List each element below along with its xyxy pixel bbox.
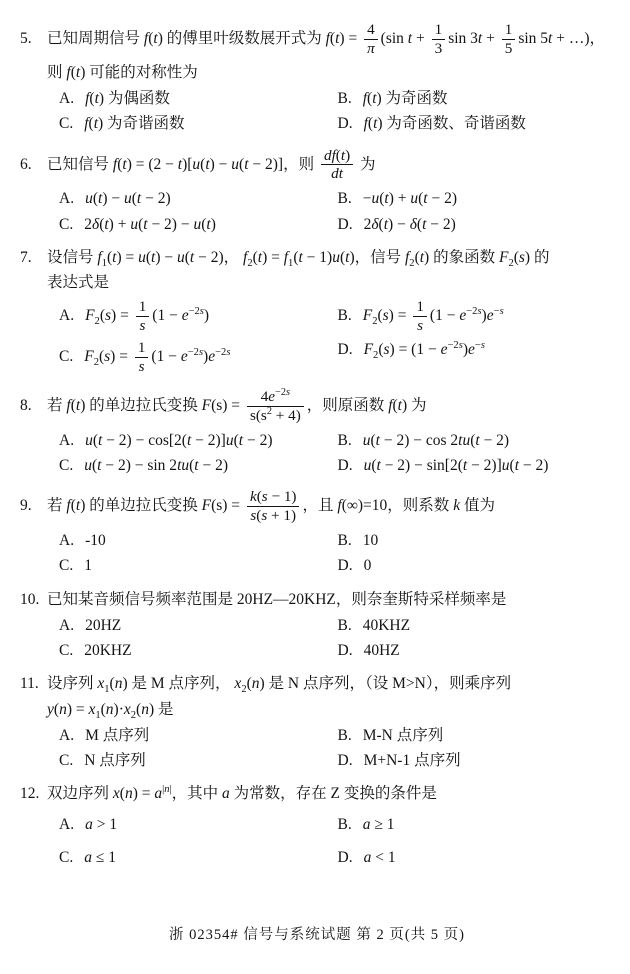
option-label: A. — [59, 187, 74, 210]
option-c: C.N 点序列 — [59, 748, 336, 773]
option-text: u(t − 2) − cos 2tu(t − 2) — [363, 429, 509, 452]
option-label: D. — [338, 749, 353, 772]
option-label: C. — [59, 846, 73, 869]
option-text: 1 — [84, 554, 92, 577]
option-grid: A.u(t) − u(t − 2)B.−u(t) + u(t − 2)C.2δ(… — [47, 186, 614, 237]
option-d: D.a < 1 — [338, 841, 615, 874]
option-a: A.-10 — [59, 528, 336, 553]
option-text: a ≤ 1 — [84, 846, 116, 869]
option-d: D.0 — [338, 553, 615, 578]
option-text: a ≥ 1 — [363, 813, 395, 836]
option-label: A. — [59, 813, 74, 836]
option-text: 0 — [364, 554, 372, 577]
option-c: C.F2(s) = 1s(1 − e−2s)e−2s — [59, 337, 336, 378]
option-b: B.40KHZ — [338, 613, 615, 638]
question-stem: 若 f(t) 的单边拉氏变换 F(s) = k(s − 1)s(s + 1)，且… — [47, 487, 614, 526]
option-a: A.a > 1 — [59, 808, 336, 841]
option-text: 10 — [363, 529, 379, 552]
option-label: B. — [338, 87, 352, 110]
question-12: 12.双边序列 x(n) = a|n|，其中 a 为常数，存在 Z 变换的条件是… — [20, 782, 614, 874]
option-text: u(t − 2) − sin 2tu(t − 2) — [84, 454, 228, 477]
option-label: C. — [59, 345, 73, 368]
question-number: 6. — [20, 156, 44, 174]
option-label: B. — [338, 813, 352, 836]
option-label: C. — [59, 639, 73, 662]
page-footer: 浙 02354# 信号与系统试题 第 2 页(共 5 页) — [20, 923, 614, 960]
option-b: B.u(t − 2) − cos 2tu(t − 2) — [338, 428, 615, 453]
option-text: 40HZ — [364, 639, 400, 662]
question-number: 5. — [20, 30, 44, 48]
option-label: B. — [338, 429, 352, 452]
option-b: B.−u(t) + u(t − 2) — [338, 186, 615, 211]
option-text: F2(s) = 1s(1 − e−2s)e−s — [363, 297, 504, 336]
question-stem: 双边序列 x(n) = a|n|，其中 a 为常数，存在 Z 变换的条件是 — [47, 782, 614, 805]
option-d: D.2δ(t) − δ(t − 2) — [338, 212, 615, 237]
option-label: D. — [338, 846, 353, 869]
exam-page: 5.已知周期信号 f(t) 的傅里叶级数展开式为 f(t) = 4π(sin t… — [0, 0, 630, 974]
option-c: C.u(t − 2) − sin 2tu(t − 2) — [59, 453, 336, 478]
option-label: D. — [338, 554, 353, 577]
option-label: A. — [59, 87, 74, 110]
option-text: 20KHZ — [84, 639, 131, 662]
question-stem-continued: y(n) = x1(n)·x2(n) 是 — [47, 698, 614, 721]
option-label: B. — [338, 304, 352, 327]
option-a: A.M 点序列 — [59, 723, 336, 748]
question-number: 11. — [20, 675, 44, 693]
question-8: 8.若 f(t) 的单边拉氏变换 F(s) = 4e−2ss(s2 + 4)，则… — [20, 387, 614, 478]
option-d: D.u(t − 2) − sin[2(t − 2)]u(t − 2) — [338, 453, 615, 478]
option-d: D.f(t) 为奇函数、奇谐函数 — [338, 111, 615, 136]
option-c: C.20KHZ — [59, 638, 336, 663]
question-stem: 设信号 f1(t) = u(t) − u(t − 2)， f2(t) = f1(… — [47, 246, 614, 269]
question-stem: 已知某音频信号频率范围是 20HZ—20KHZ，则奈奎斯特采样频率是 — [47, 588, 614, 611]
option-label: D. — [338, 213, 353, 236]
option-d: D.40HZ — [338, 638, 615, 663]
option-text: 2δ(t) − δ(t − 2) — [364, 213, 456, 236]
option-b: B.M-N 点序列 — [338, 723, 615, 748]
option-c: C.a ≤ 1 — [59, 841, 336, 874]
option-grid: A.a > 1B.a ≥ 1C.a ≤ 1D.a < 1 — [47, 808, 614, 875]
option-text: N 点序列 — [84, 749, 146, 772]
option-c: C.1 — [59, 553, 336, 578]
option-text: f(t) 为奇函数、奇谐函数 — [364, 112, 526, 135]
option-b: B.a ≥ 1 — [338, 808, 615, 841]
option-text: 40KHZ — [363, 614, 410, 637]
question-number: 10. — [20, 591, 44, 609]
option-text: u(t − 2) − sin[2(t − 2)]u(t − 2) — [364, 454, 549, 477]
option-text: f(t) 为奇函数 — [363, 87, 448, 110]
option-a: A.20HZ — [59, 613, 336, 638]
option-label: B. — [338, 724, 352, 747]
option-text: −u(t) + u(t − 2) — [363, 187, 457, 210]
option-text: u(t − 2) − cos[2(t − 2)]u(t − 2) — [85, 429, 272, 452]
option-grid: A.-10B.10C.1D.0 — [47, 528, 614, 579]
option-text: f(t) 为偶函数 — [85, 87, 170, 110]
option-label: D. — [338, 454, 353, 477]
option-label: C. — [59, 749, 73, 772]
option-c: C.f(t) 为奇谐函数 — [59, 111, 336, 136]
option-a: A.F2(s) = 1s(1 − e−2s) — [59, 296, 336, 337]
question-9: 9.若 f(t) 的单边拉氏变换 F(s) = k(s − 1)s(s + 1)… — [20, 487, 614, 578]
option-label: C. — [59, 112, 73, 135]
question-11: 11.设序列 x1(n) 是 M 点序列， x2(n) 是 N 点序列，（设 M… — [20, 672, 614, 773]
option-label: C. — [59, 454, 73, 477]
option-a: A.u(t) − u(t − 2) — [59, 186, 336, 211]
option-text: f(t) 为奇谐函数 — [84, 112, 184, 135]
option-text: M-N 点序列 — [363, 724, 444, 747]
question-10: 10.已知某音频信号频率范围是 20HZ—20KHZ，则奈奎斯特采样频率是A.2… — [20, 588, 614, 664]
option-text: 2δ(t) + u(t − 2) − u(t) — [84, 213, 216, 236]
option-text: 20HZ — [85, 614, 121, 637]
option-label: D. — [338, 338, 353, 361]
option-text: u(t) − u(t − 2) — [85, 187, 171, 210]
option-label: D. — [338, 639, 353, 662]
option-label: A. — [59, 724, 74, 747]
option-label: A. — [59, 614, 74, 637]
option-text: M+N-1 点序列 — [364, 749, 461, 772]
question-number: 8. — [20, 397, 44, 415]
question-stem-continued: 则 f(t) 可能的对称性为 — [47, 61, 614, 84]
question-7: 7.设信号 f1(t) = u(t) − u(t − 2)， f2(t) = f… — [20, 246, 614, 378]
option-label: C. — [59, 554, 73, 577]
question-number: 12. — [20, 785, 44, 803]
option-text: F2(s) = (1 − e−2s)e−s — [364, 338, 485, 361]
option-grid: A.u(t − 2) − cos[2(t − 2)]u(t − 2)B.u(t … — [47, 428, 614, 479]
option-c: C.2δ(t) + u(t − 2) − u(t) — [59, 212, 336, 237]
option-text: a < 1 — [364, 846, 396, 869]
option-grid: A.F2(s) = 1s(1 − e−2s)B.F2(s) = 1s(1 − e… — [47, 296, 614, 378]
option-d: D.F2(s) = (1 − e−2s)e−s — [338, 337, 615, 378]
option-text: a > 1 — [85, 813, 117, 836]
question-stem-continued: 表达式是 — [47, 271, 614, 294]
question-6: 6.已知信号 f(t) = (2 − t)[u(t) − u(t − 2)]，则… — [20, 146, 614, 237]
question-list: 5.已知周期信号 f(t) 的傅里叶级数展开式为 f(t) = 4π(sin t… — [20, 20, 614, 883]
option-grid: A.20HZB.40KHZC.20KHZD.40HZ — [47, 613, 614, 664]
question-stem: 已知信号 f(t) = (2 − t)[u(t) − u(t − 2)]，则 d… — [47, 146, 614, 185]
option-label: A. — [59, 304, 74, 327]
option-label: A. — [59, 529, 74, 552]
question-stem: 已知周期信号 f(t) 的傅里叶级数展开式为 f(t) = 4π(sin t +… — [47, 20, 614, 59]
option-d: D.M+N-1 点序列 — [338, 748, 615, 773]
question-number: 7. — [20, 249, 44, 267]
option-b: B.F2(s) = 1s(1 − e−2s)e−s — [338, 296, 615, 337]
option-label: C. — [59, 213, 73, 236]
option-text: -10 — [85, 529, 106, 552]
option-label: B. — [338, 529, 352, 552]
question-stem: 设序列 x1(n) 是 M 点序列， x2(n) 是 N 点序列，（设 M>N）… — [47, 672, 614, 695]
option-a: A.f(t) 为偶函数 — [59, 86, 336, 111]
option-label: B. — [338, 187, 352, 210]
option-text: F2(s) = 1s(1 − e−2s)e−2s — [84, 338, 230, 377]
option-text: M 点序列 — [85, 724, 149, 747]
question-stem: 若 f(t) 的单边拉氏变换 F(s) = 4e−2ss(s2 + 4)，则原函… — [47, 387, 614, 426]
option-grid: A.M 点序列B.M-N 点序列C.N 点序列D.M+N-1 点序列 — [47, 723, 614, 774]
option-label: D. — [338, 112, 353, 135]
option-label: A. — [59, 429, 74, 452]
question-number: 9. — [20, 497, 44, 515]
option-b: B.f(t) 为奇函数 — [338, 86, 615, 111]
option-grid: A.f(t) 为偶函数B.f(t) 为奇函数C.f(t) 为奇谐函数D.f(t)… — [47, 86, 614, 137]
question-5: 5.已知周期信号 f(t) 的傅里叶级数展开式为 f(t) = 4π(sin t… — [20, 20, 614, 137]
option-text: F2(s) = 1s(1 − e−2s) — [85, 297, 209, 336]
option-b: B.10 — [338, 528, 615, 553]
option-label: B. — [338, 614, 352, 637]
option-a: A.u(t − 2) − cos[2(t − 2)]u(t − 2) — [59, 428, 336, 453]
